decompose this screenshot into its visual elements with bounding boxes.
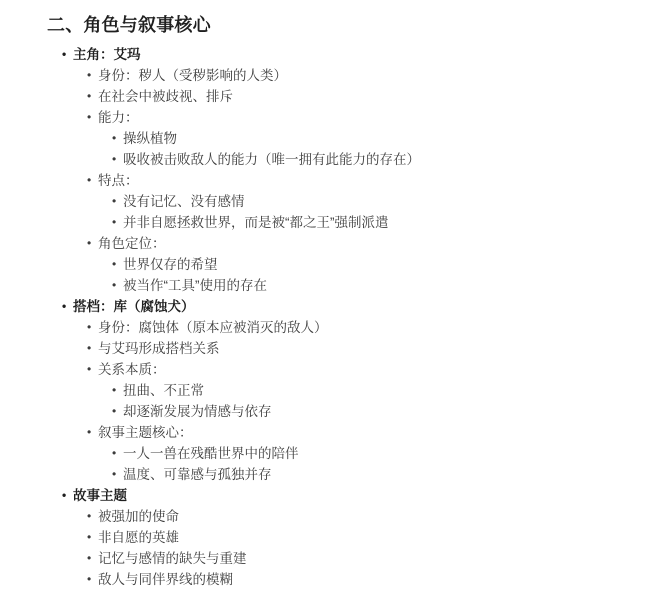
list-item-text: 与艾玛形成搭档关系 xyxy=(98,338,220,359)
list-item-text: 能力： xyxy=(98,107,139,128)
list-item-text: 特点： xyxy=(98,170,139,191)
list-item-text: 却逐渐发展为情感与依存 xyxy=(123,401,272,422)
list-item: 在社会中被歧视、排斥 xyxy=(98,86,607,107)
list-item: 主角：艾玛身份：秽人（受秽影响的人类）在社会中被歧视、排斥能力：操纵植物吸收被击… xyxy=(73,44,607,296)
outline-list: 身份：腐蚀体（原本应被消灭的敌人）与艾玛形成搭档关系关系本质：扭曲、不正常却逐渐… xyxy=(73,317,607,485)
list-item-text: 叙事主题核心： xyxy=(98,422,193,443)
list-item-text: 一人一兽在残酷世界中的陪伴 xyxy=(123,443,299,464)
document: 二、角色与叙事核心 主角：艾玛身份：秽人（受秽影响的人类）在社会中被歧视、排斥能… xyxy=(47,12,607,590)
list-item-text: 记忆与感情的缺失与重建 xyxy=(98,548,247,569)
list-item-text: 并非自愿拯救世界，而是被“都之王”强制派遣 xyxy=(123,212,389,233)
list-item: 被强加的使命 xyxy=(98,506,607,527)
list-item: 操纵植物 xyxy=(123,128,607,149)
outline-list: 一人一兽在残酷世界中的陪伴温度、可靠感与孤独并存 xyxy=(98,443,607,485)
list-item: 非自愿的英雄 xyxy=(98,527,607,548)
outline-list: 被强加的使命非自愿的英雄记忆与感情的缺失与重建敌人与同伴界线的模糊 xyxy=(73,506,607,590)
list-item: 能力：操纵植物吸收被击败敌人的能力（唯一拥有此能力的存在） xyxy=(98,107,607,170)
list-item: 身份：腐蚀体（原本应被消灭的敌人） xyxy=(98,317,607,338)
list-item: 没有记忆、没有感情 xyxy=(123,191,607,212)
outline-list: 主角：艾玛身份：秽人（受秽影响的人类）在社会中被歧视、排斥能力：操纵植物吸收被击… xyxy=(47,44,607,590)
list-item-text: 吸收被击败敌人的能力（唯一拥有此能力的存在） xyxy=(123,149,420,170)
list-item-text: 没有记忆、没有感情 xyxy=(123,191,245,212)
list-item: 与艾玛形成搭档关系 xyxy=(98,338,607,359)
list-item-text: 扭曲、不正常 xyxy=(123,380,204,401)
outline-list: 没有记忆、没有感情并非自愿拯救世界，而是被“都之王”强制派遣 xyxy=(98,191,607,233)
list-item: 故事主题被强加的使命非自愿的英雄记忆与感情的缺失与重建敌人与同伴界线的模糊 xyxy=(73,485,607,590)
list-item-text: 非自愿的英雄 xyxy=(98,527,179,548)
list-item: 并非自愿拯救世界，而是被“都之王”强制派遣 xyxy=(123,212,607,233)
list-item: 叙事主题核心：一人一兽在残酷世界中的陪伴温度、可靠感与孤独并存 xyxy=(98,422,607,485)
list-item: 扭曲、不正常 xyxy=(123,380,607,401)
list-item-text: 被强加的使命 xyxy=(98,506,179,527)
section-heading: 二、角色与叙事核心 xyxy=(47,12,607,38)
list-item: 一人一兽在残酷世界中的陪伴 xyxy=(123,443,607,464)
list-item: 吸收被击败敌人的能力（唯一拥有此能力的存在） xyxy=(123,149,607,170)
list-item: 温度、可靠感与孤独并存 xyxy=(123,464,607,485)
list-item: 角色定位：世界仅存的希望被当作“工具”使用的存在 xyxy=(98,233,607,296)
outline-list: 扭曲、不正常却逐渐发展为情感与依存 xyxy=(98,380,607,422)
list-item: 身份：秽人（受秽影响的人类） xyxy=(98,65,607,86)
outline-root: 主角：艾玛身份：秽人（受秽影响的人类）在社会中被歧视、排斥能力：操纵植物吸收被击… xyxy=(47,44,607,590)
list-item-text: 搭档：库（腐蚀犬） xyxy=(73,296,195,317)
list-item: 搭档：库（腐蚀犬）身份：腐蚀体（原本应被消灭的敌人）与艾玛形成搭档关系关系本质：… xyxy=(73,296,607,485)
list-item-text: 温度、可靠感与孤独并存 xyxy=(123,464,272,485)
outline-list: 身份：秽人（受秽影响的人类）在社会中被歧视、排斥能力：操纵植物吸收被击败敌人的能… xyxy=(73,65,607,296)
outline-list: 世界仅存的希望被当作“工具”使用的存在 xyxy=(98,254,607,296)
list-item-text: 在社会中被歧视、排斥 xyxy=(98,86,233,107)
list-item: 世界仅存的希望 xyxy=(123,254,607,275)
list-item-text: 故事主题 xyxy=(73,485,127,506)
list-item: 特点：没有记忆、没有感情并非自愿拯救世界，而是被“都之王”强制派遣 xyxy=(98,170,607,233)
list-item-text: 敌人与同伴界线的模糊 xyxy=(98,569,233,590)
list-item: 被当作“工具”使用的存在 xyxy=(123,275,607,296)
list-item-text: 世界仅存的希望 xyxy=(123,254,218,275)
outline-list: 操纵植物吸收被击败敌人的能力（唯一拥有此能力的存在） xyxy=(98,128,607,170)
list-item-text: 操纵植物 xyxy=(123,128,177,149)
list-item-text: 身份：秽人（受秽影响的人类） xyxy=(98,65,287,86)
list-item-text: 身份：腐蚀体（原本应被消灭的敌人） xyxy=(98,317,328,338)
list-item-text: 被当作“工具”使用的存在 xyxy=(123,275,267,296)
list-item: 记忆与感情的缺失与重建 xyxy=(98,548,607,569)
list-item-text: 关系本质： xyxy=(98,359,166,380)
list-item: 敌人与同伴界线的模糊 xyxy=(98,569,607,590)
list-item-text: 主角：艾玛 xyxy=(73,44,141,65)
list-item: 关系本质：扭曲、不正常却逐渐发展为情感与依存 xyxy=(98,359,607,422)
list-item-text: 角色定位： xyxy=(98,233,166,254)
list-item: 却逐渐发展为情感与依存 xyxy=(123,401,607,422)
